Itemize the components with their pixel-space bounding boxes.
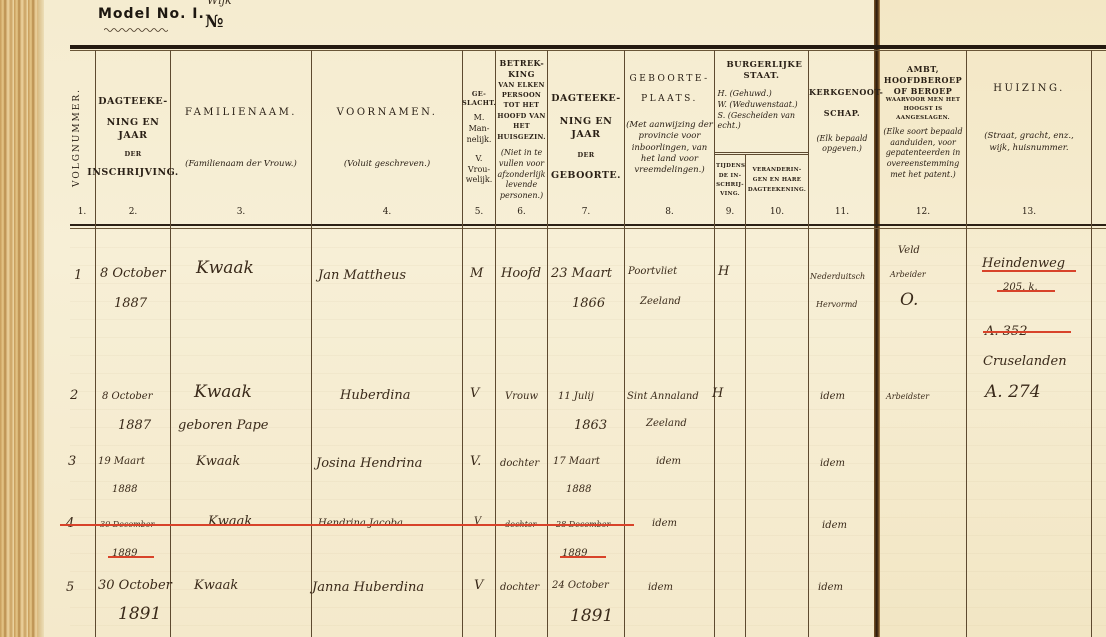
volgnummer: 1 xyxy=(74,268,82,283)
header-title: AMBT, HOOFDBEROEP OF BEROEP xyxy=(881,64,965,96)
huizing-line-struck: Heindenweg xyxy=(982,256,1065,271)
header-line: DER xyxy=(125,150,142,159)
geboorteplaats: idem xyxy=(648,582,673,593)
volgnummer: 5 xyxy=(66,580,74,595)
volgnummer: 3 xyxy=(68,454,76,469)
header-top-rule xyxy=(70,45,1106,49)
geboorte-date: 24 October xyxy=(552,580,609,591)
column-number: 5. xyxy=(463,207,495,217)
book-page-edges xyxy=(0,0,42,637)
header-line: Man- xyxy=(469,124,490,135)
geboorteplaats: idem xyxy=(656,456,681,467)
header-betrekking: BETREK-KING VAN ELKEN PERSOON TOT HET HO… xyxy=(496,52,547,224)
inschrijving-date: 8 October xyxy=(102,391,152,402)
kerkgenootschap: idem xyxy=(820,391,845,402)
familienaam: Kwaak xyxy=(196,258,254,278)
header-line: DAGTEEKE- xyxy=(98,96,167,109)
beroep-line-1: Veld xyxy=(898,245,920,256)
header-line: INSCHRIJVING. xyxy=(87,167,178,180)
inschrijving-year: 1887 xyxy=(118,418,151,433)
header-line: Vrou- xyxy=(468,165,490,176)
beroep-line-3: O. xyxy=(900,290,918,310)
header-volgnummer: VOLGNUMMER. xyxy=(72,80,88,195)
geslacht: M xyxy=(470,266,483,281)
column-number: 8. xyxy=(625,207,714,217)
header-line: NING EN JAAR xyxy=(96,117,170,143)
header-title: VOORNAMEN. xyxy=(337,106,438,120)
legend-line: S. (Gescheiden van echt.) xyxy=(718,111,806,133)
geboorte-year: 1891 xyxy=(570,606,613,626)
header-note: (Niet in te vullen voor afzonderlijk lev… xyxy=(497,148,547,202)
huizing-line: A. 274 xyxy=(985,382,1041,402)
inschrijving-year: 1887 xyxy=(114,296,147,311)
kerkgenootschap: Nederduitsch xyxy=(810,272,865,281)
kerkgenootschap-2: Hervormd xyxy=(816,300,857,309)
header-note: (Met aanwijzing der provincie voor inboo… xyxy=(626,120,714,177)
column-number: 7. xyxy=(548,207,624,217)
geboorteplaats: Poortvliet xyxy=(628,266,677,277)
header-geboorteplaats: GEBOORTE-PLAATS. (Met aanwijzing der pro… xyxy=(625,52,714,224)
geboorteplaats-provincie: Zeeland xyxy=(646,418,687,429)
red-strikethrough-row xyxy=(60,524,634,526)
geboorte-date: 23 Maart xyxy=(551,266,612,281)
geboorteplaats: Sint Annaland xyxy=(627,391,699,402)
header-line: welijk. xyxy=(466,175,493,186)
voornamen: Huberdina xyxy=(340,388,411,403)
wijk-label: Wijk xyxy=(207,0,232,7)
geslacht: V xyxy=(474,578,483,593)
geslacht: V xyxy=(470,386,479,401)
geboorte-year: 1863 xyxy=(574,418,607,433)
header-line: V. xyxy=(476,154,483,165)
column-number: 13. xyxy=(967,207,1091,217)
header-title: HUIZING. xyxy=(993,82,1065,96)
header-veranderingen: VERANDERIN-GEN EN HARE DAGTEEKENING. xyxy=(746,156,808,206)
column-number: 12. xyxy=(880,207,966,217)
red-strikethrough xyxy=(108,556,154,558)
header-line: nelijk. xyxy=(467,135,492,146)
voornamen: Josina Hendrina xyxy=(316,456,422,471)
header-line: GEBOORTE. xyxy=(551,170,621,183)
red-strikethrough xyxy=(982,270,1076,272)
header-kerkgenootschap: KERKGENOOT-SCHAP. (Elk bepaald opgeven.) xyxy=(809,52,875,224)
header-bottom-rule-thin xyxy=(70,228,1106,229)
kerkgenootschap: idem xyxy=(822,520,847,531)
header-line: DER xyxy=(578,151,595,160)
geboorteplaats-provincie: Zeeland xyxy=(640,296,681,307)
header-note: (Elk bepaald opgeven.) xyxy=(809,134,875,156)
red-strikethrough xyxy=(983,331,1071,333)
column-number: 3. xyxy=(171,207,311,217)
geboorte-date: 11 Julij xyxy=(558,391,594,402)
geboorteplaats: idem xyxy=(652,518,677,529)
header-title: BURGERLIJKE STAAT. xyxy=(727,60,797,83)
header-huizing: HUIZING. (Straat, gracht, enz., wijk, hu… xyxy=(967,52,1091,224)
beroep-line-2: Arbeider xyxy=(890,270,926,279)
header-sub: VAN ELKEN PERSOON TOT HET HOOFD VAN HET … xyxy=(497,80,547,142)
header-voornamen: VOORNAMEN. (Voluit geschreven.) xyxy=(312,52,462,224)
header-beroep: AMBT, HOOFDBEROEP OF BEROEP WAARVOOR MEN… xyxy=(880,52,966,224)
header-line: NING EN JAAR xyxy=(548,116,624,142)
column-number: 11. xyxy=(809,207,875,217)
burgerlijke-staat: H xyxy=(712,386,723,401)
geslacht: V. xyxy=(470,454,481,469)
column-number: 6. xyxy=(496,207,547,217)
voornamen: Jan Mattheus xyxy=(318,268,406,283)
inschrijving-year: 1888 xyxy=(112,484,137,495)
ruled-lines xyxy=(70,230,1106,637)
header-sub: VERANDERIN-GEN EN HARE DAGTEEKENING. xyxy=(747,166,807,196)
familienaam: Kwaak xyxy=(208,514,252,529)
huizing-line: Cruselanden xyxy=(983,354,1067,369)
betrekking: dochter xyxy=(500,458,539,469)
column-number: 2. xyxy=(96,207,170,217)
legend-line: H. (Gehuwd.) xyxy=(718,89,806,100)
squiggle-ornament xyxy=(104,27,168,33)
header-note: (Familienaam der Vrouw.) xyxy=(185,159,297,170)
familienaam: Kwaak xyxy=(194,382,252,402)
number-label: № xyxy=(205,12,223,32)
header-line: SLACHT. xyxy=(462,99,496,108)
betrekking: Hoofd xyxy=(501,266,541,281)
volgnummer: 2 xyxy=(70,388,78,403)
header-line: DAGTEEKE- xyxy=(551,93,620,106)
kerkgenootschap: idem xyxy=(820,458,845,469)
burgerlijke-staat-separator xyxy=(714,152,808,155)
voornamen: Janna Huberdina xyxy=(312,580,424,595)
inschrijving-year: 1891 xyxy=(118,604,161,624)
geboorte-year: 1888 xyxy=(566,484,591,495)
legend-line: W. (Weduwenstaat.) xyxy=(718,100,806,111)
header-note: (Elke soort bepaald aanduiden, voor gepa… xyxy=(881,127,965,181)
geboorte-year: 1866 xyxy=(572,296,605,311)
header-title: FAMILIENAAM. xyxy=(185,106,297,120)
betrekking: dochter xyxy=(500,582,539,593)
header-sub: WAARVOOR MEN HET HOOGST IS AANGESLAGEN. xyxy=(881,96,965,122)
column-divider xyxy=(1091,50,1092,637)
header-geboorte: DAGTEEKE- NING EN JAAR DER GEBOORTE. xyxy=(548,52,624,224)
inschrijving-date: 30 October xyxy=(98,578,172,593)
red-strikethrough xyxy=(997,290,1055,292)
inschrijving-date: 8 October xyxy=(100,266,166,281)
column-number: 10. xyxy=(746,207,808,217)
column-number: 9. xyxy=(715,207,745,217)
beroep: Arbeidster xyxy=(886,392,929,401)
kerkgenootschap: idem xyxy=(818,582,843,593)
model-label: Model No. I. xyxy=(98,6,205,22)
header-note: (Straat, gracht, enz., wijk, huisnummer. xyxy=(979,131,1079,154)
column-divider xyxy=(745,155,746,637)
header-line: M. xyxy=(474,113,485,124)
burgerlijke-staat: H xyxy=(718,264,729,279)
header-familienaam: FAMILIENAAM. (Familienaam der Vrouw.) xyxy=(171,52,311,224)
red-strikethrough xyxy=(560,556,606,558)
geboorte-date: 17 Maart xyxy=(553,456,600,467)
header-burgerlijke-staat: BURGERLIJKE STAAT. H. (Gehuwd.) W. (Wedu… xyxy=(715,52,808,152)
familienaam-geboren: geboren Pape xyxy=(178,418,269,433)
header-sub: TIJDENS DE IN-SCHRIJ-VING. xyxy=(716,162,744,199)
familienaam: Kwaak xyxy=(194,578,238,593)
header-title: GEBOORTE-PLAATS. xyxy=(630,70,710,110)
header-geslacht: GE- SLACHT. M. Man- nelijk. V. Vrou- wel… xyxy=(463,52,495,224)
inschrijving-date: 19 Maart xyxy=(98,456,145,467)
header-line: GE- xyxy=(472,90,486,99)
header-title: BETREK-KING xyxy=(500,58,544,80)
betrekking: Vrouw xyxy=(505,391,538,402)
familienaam: Kwaak xyxy=(196,454,240,469)
header-inschrijving: DAGTEEKE- NING EN JAAR DER INSCHRIJVING. xyxy=(96,52,170,224)
header-note: (Voluit geschreven.) xyxy=(344,159,430,170)
header-tijdens-inschrijving: TIJDENS DE IN-SCHRIJ-VING. xyxy=(715,156,745,206)
header-title: KERKGENOOT-SCHAP. xyxy=(809,82,875,124)
column-number: 1. xyxy=(72,207,92,217)
column-number: 4. xyxy=(312,207,462,217)
header-bottom-rule xyxy=(70,224,1106,226)
header-top-rule-thin xyxy=(70,50,1106,51)
